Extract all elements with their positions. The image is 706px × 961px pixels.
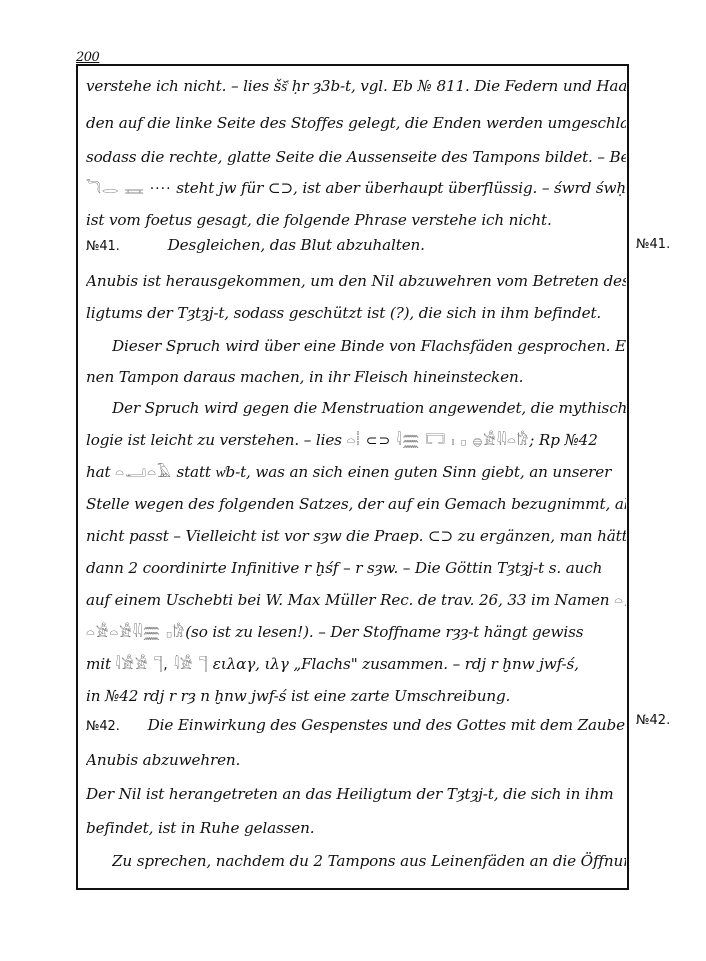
line-text: verstehe ich nicht. – lies šš͑ ḥr ȝ3b-t,…	[86, 77, 626, 95]
line-text: (so ist zu lesen!). – Der Stoffname rȝȝ-…	[185, 623, 583, 641]
line-text: ist vom foetus gesagt, die folgende Phra…	[86, 211, 552, 229]
text-line-12: logie ist leicht zu verstehen. – lies 𓏏𓏪…	[86, 430, 626, 451]
text-line-1: verstehe ich nicht. – lies šš͑ ḥr ȝ3b-t,…	[86, 76, 626, 96]
line-text: Der Nil ist herangetreten an das Heiligt…	[86, 785, 613, 803]
entry-number: №41.	[86, 237, 120, 257]
line-text: nicht passt – Vielleicht ist vor sȝw die…	[86, 527, 626, 545]
page-number: 200	[76, 50, 99, 65]
hieroglyph-group: 𓏏𓈖	[614, 593, 626, 609]
line-text: den auf die linke Seite des Stoffes gele…	[86, 114, 626, 132]
text-line-16: dann 2 coordinirte Infinitive r ḫśf – r …	[86, 558, 626, 578]
line-text: Anubis ist herausgekommen, um den Nil ab…	[86, 272, 626, 290]
text-line-5: ist vom foetus gesagt, die folgende Phra…	[86, 210, 626, 230]
line-text: Anubis abzuwehren.	[86, 751, 240, 769]
text-line-24: befindet, ist in Ruhe gelassen.	[86, 818, 626, 838]
margin-label-41: №41.	[636, 235, 670, 255]
line-text: sodass die rechte, glatte Seite die Auss…	[86, 148, 626, 166]
line-text: Zu sprechen, nachdem du 2 Tampons aus Le…	[112, 852, 626, 870]
line-text-suffix: statt w͑b-t, was an sich einen guten Sin…	[172, 463, 611, 481]
text-line-6-entry-41-heading: №41.Desgleichen, das Blut abzuhalten.	[86, 235, 626, 257]
line-text: steht jw für ⊂⊃, ist aber überhaupt über…	[172, 179, 626, 197]
text-line-15: nicht passt – Vielleicht ist vor sȝw die…	[86, 526, 626, 546]
text-line-10: nen Tampon daraus machen, in ihr Fleisch…	[86, 367, 626, 387]
text-line-21-entry-42-heading: №42.Die Einwirkung des Gespenstes und de…	[86, 715, 626, 737]
text-line-2: den auf die linke Seite des Stoffes gele…	[86, 113, 626, 133]
line-text: mit	[86, 655, 116, 673]
text-line-25: Zu sprechen, nachdem du 2 Tampons aus Le…	[112, 851, 626, 871]
line-text: auf einem Uschebti bei W. Max Müller Rec…	[86, 591, 614, 609]
text-line-11: Der Spruch wird gegen die Menstruation a…	[112, 398, 626, 418]
hieroglyph-group: 𓇋𓀀𓀀 𓊹, 𓇋𓀀 𓊹	[116, 657, 209, 673]
text-line-7: Anubis ist herausgekommen, um den Nil ab…	[86, 271, 626, 291]
margin-label-42: №42.	[636, 711, 670, 731]
text-line-9: Dieser Spruch wird über eine Binde von F…	[112, 336, 626, 356]
line-text: Stelle wegen des folgenden Satzes, der a…	[86, 495, 626, 513]
line-text-suffix: ; Rp №42	[529, 431, 597, 449]
line-text: hat	[86, 463, 115, 481]
entry-heading: Desgleichen, das Blut abzuhalten.	[168, 236, 425, 254]
text-line-18: 𓏏𓀀𓏏𓀀𓇌𓈗 𓊪𓀗(so ist zu lesen!). – Der Stoff…	[86, 622, 626, 643]
line-text: ligtums der Tȝtȝj-t, sodass geschützt is…	[86, 304, 601, 322]
text-line-23: Der Nil ist herangetreten an das Heiligt…	[86, 784, 626, 804]
entry-heading: Die Einwirkung des Gespenstes und des Go…	[148, 716, 626, 734]
hieroglyph-group: 𓆓𓂋 𓈘 ····	[86, 181, 172, 197]
hieroglyph-group: 𓏏𓏪 ⊂⊃ 𓇋𓈗 𓉐 𓏤 𓊪 𓐍𓀀𓇌𓏏𓀗	[346, 433, 529, 449]
line-text: logie ist leicht zu verstehen. – lies	[86, 431, 346, 449]
line-text: in №42 rdj r rȝ n ḫnw jwf-ś ist eine zar…	[86, 687, 510, 705]
line-text: Dieser Spruch wird über eine Binde von F…	[112, 337, 626, 355]
text-line-14: Stelle wegen des folgenden Satzes, der a…	[86, 494, 626, 514]
text-line-4: 𓆓𓂋 𓈘 ···· steht jw für ⊂⊃, ist aber über…	[86, 178, 626, 199]
line-text: nen Tampon daraus machen, in ihr Fleisch…	[86, 368, 523, 386]
text-line-13: hat 𓏏𓂝𓏏𓄿 statt w͑b-t, was an sich einen …	[86, 462, 626, 483]
text-line-17: auf einem Uschebti bei W. Max Müller Rec…	[86, 590, 626, 611]
entry-number: №42.	[86, 717, 120, 737]
text-line-8: ligtums der Tȝtȝj-t, sodass geschützt is…	[86, 303, 626, 323]
line-text: dann 2 coordinirte Infinitive r ḫśf – r …	[86, 559, 602, 577]
text-line-19: mit 𓇋𓀀𓀀 𓊹, 𓇋𓀀 𓊹 ειλαγ, ιλγ „Flachs" zusa…	[86, 654, 626, 675]
line-text-suffix: ειλαγ, ιλγ „Flachs" zusammen. – rdj r ḫn…	[208, 655, 579, 673]
line-text: Der Spruch wird gegen die Menstruation a…	[112, 399, 626, 417]
text-line-3: sodass die rechte, glatte Seite die Auss…	[86, 147, 626, 167]
line-text: befindet, ist in Ruhe gelassen.	[86, 819, 314, 837]
hieroglyph-group: 𓏏𓂝𓏏𓄿	[115, 465, 172, 481]
hieroglyph-group: 𓏏𓀀𓏏𓀀𓇌𓈗 𓊪𓀗	[86, 625, 185, 641]
text-line-20: in №42 rdj r rȝ n ḫnw jwf-ś ist eine zar…	[86, 686, 626, 706]
text-line-22: Anubis abzuwehren.	[86, 750, 626, 770]
